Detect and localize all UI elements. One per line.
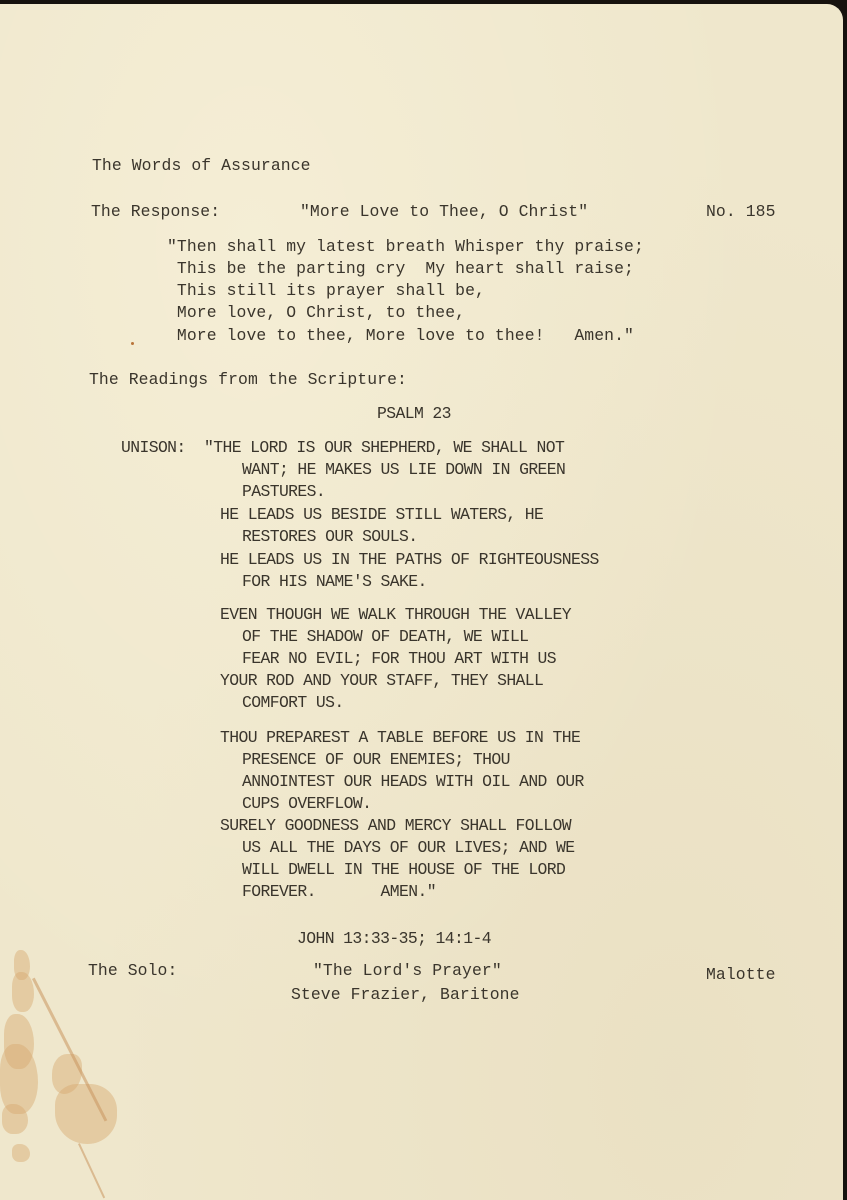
psalm-line: PASTURES. xyxy=(242,481,325,503)
lyric-line: "Then shall my latest breath Whisper thy… xyxy=(167,236,644,258)
ink-speck xyxy=(131,342,134,345)
psalm-line: WILL DWELL IN THE HOUSE OF THE LORD xyxy=(242,859,565,881)
psalm-line: EVEN THOUGH WE WALK THROUGH THE VALLEY xyxy=(220,604,571,626)
response-hymn-title: "More Love to Thee, O Christ" xyxy=(300,201,588,223)
psalm-line: FOREVER. AMEN." xyxy=(242,881,436,903)
psalm-line: RESTORES OUR SOULS. xyxy=(242,526,417,548)
program-page: The Words of Assurance The Response: "Mo… xyxy=(0,4,843,1200)
hymn-number: No. 185 xyxy=(706,201,776,223)
lyric-line: More love, O Christ, to thee, xyxy=(167,302,465,324)
words-of-assurance-heading: The Words of Assurance xyxy=(92,155,311,177)
solo-composer: Malotte xyxy=(706,964,776,986)
john-reference: JOHN 13:33-35; 14:1-4 xyxy=(297,928,491,950)
lyric-line: This be the parting cry My heart shall r… xyxy=(167,258,634,280)
unison-label: UNISON: xyxy=(121,437,186,459)
psalm-line: SURELY GOODNESS AND MERCY SHALL FOLLOW xyxy=(220,815,571,837)
psalm-line: US ALL THE DAYS OF OUR LIVES; AND WE xyxy=(242,837,575,859)
solo-title: "The Lord's Prayer" xyxy=(313,960,502,982)
psalm-line: COMFORT US. xyxy=(242,692,344,714)
response-label: The Response: xyxy=(91,201,220,223)
psalm-line: HE LEADS US BESIDE STILL WATERS, HE xyxy=(220,504,543,526)
psalm-line: PRESENCE OF OUR ENEMIES; THOU xyxy=(242,749,510,771)
solo-performer: Steve Frazier, Baritone xyxy=(291,984,520,1006)
psalm-line: CUPS OVERFLOW. xyxy=(242,793,371,815)
psalm-title: PSALM 23 xyxy=(377,403,451,425)
psalm-line: WANT; HE MAKES US LIE DOWN IN GREEN xyxy=(242,459,565,481)
psalm-line: ANNOINTEST OUR HEADS WITH OIL AND OUR xyxy=(242,771,584,793)
psalm-line: FEAR NO EVIL; FOR THOU ART WITH US xyxy=(242,648,556,670)
solo-label: The Solo: xyxy=(88,960,177,982)
psalm-line: HE LEADS US IN THE PATHS OF RIGHTEOUSNES… xyxy=(220,549,599,571)
readings-heading: The Readings from the Scripture: xyxy=(89,369,407,391)
lyric-line: More love to thee, More love to thee! Am… xyxy=(167,325,634,347)
lyric-line: This still its prayer shall be, xyxy=(167,280,485,302)
psalm-line: YOUR ROD AND YOUR STAFF, THEY SHALL xyxy=(220,670,543,692)
psalm-line: FOR HIS NAME'S SAKE. xyxy=(242,571,427,593)
psalm-line: "THE LORD IS OUR SHEPHERD, WE SHALL NOT xyxy=(204,437,564,459)
psalm-line: OF THE SHADOW OF DEATH, WE WILL xyxy=(242,626,528,648)
psalm-line: THOU PREPAREST A TABLE BEFORE US IN THE xyxy=(220,727,580,749)
